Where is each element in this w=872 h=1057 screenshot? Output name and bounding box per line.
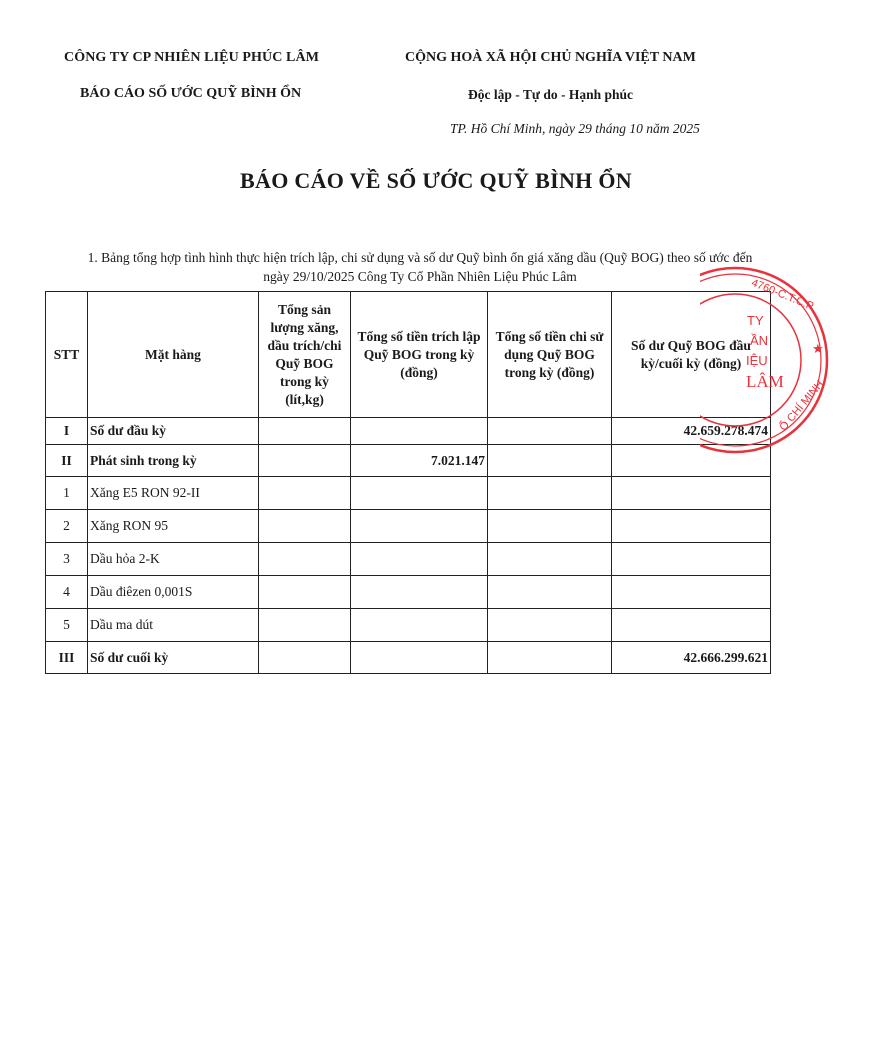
cell-balance bbox=[612, 609, 771, 642]
cell-allocated bbox=[351, 576, 488, 609]
cell-item-name: Dầu điêzen 0,001S bbox=[88, 576, 259, 609]
cell-used bbox=[488, 576, 612, 609]
cell-used bbox=[488, 642, 612, 674]
cell-balance: 42.666.299.621 bbox=[612, 642, 771, 674]
cell-allocated bbox=[351, 477, 488, 510]
cell-item-name: Dầu ma dút bbox=[88, 609, 259, 642]
cell-item-name: Số dư cuối kỳ bbox=[88, 642, 259, 674]
bog-fund-table: STT Mặt hàng Tổng sản lượng xăng, dầu tr… bbox=[45, 291, 771, 674]
intro-line-1: 1. Bảng tổng hợp tình hình thực hiện trí… bbox=[40, 248, 800, 267]
cell-stt: III bbox=[46, 642, 88, 674]
cell-stt: 1 bbox=[46, 477, 88, 510]
cell-volume bbox=[259, 445, 351, 477]
cell-allocated bbox=[351, 418, 488, 445]
cell-allocated bbox=[351, 543, 488, 576]
cell-used bbox=[488, 510, 612, 543]
cell-used bbox=[488, 418, 612, 445]
cell-stt: I bbox=[46, 418, 88, 445]
cell-balance bbox=[612, 576, 771, 609]
table-row: IIPhát sinh trong kỳ7.021.147 bbox=[46, 445, 771, 477]
table-row: IIISố dư cuối kỳ42.666.299.621 bbox=[46, 642, 771, 674]
table-row: 5Dầu ma dút bbox=[46, 609, 771, 642]
motto: Độc lập - Tự do - Hạnh phúc bbox=[468, 87, 633, 103]
cell-volume bbox=[259, 418, 351, 445]
document-subject: BÁO CÁO SỐ ƯỚC QUỸ BÌNH ỔN bbox=[80, 86, 301, 102]
cell-used bbox=[488, 609, 612, 642]
col-header-balance: Số dư Quỹ BOG đầu kỳ/cuối kỳ (đồng) bbox=[612, 292, 771, 418]
cell-balance bbox=[612, 543, 771, 576]
svg-text:Ố CHÍ MINH: Ố CHÍ MINH bbox=[776, 377, 826, 433]
cell-used bbox=[488, 477, 612, 510]
col-header-used: Tổng số tiền chi sử dụng Quỹ BOG trong k… bbox=[488, 292, 612, 418]
cell-stt: 4 bbox=[46, 576, 88, 609]
company-name: CÔNG TY CP NHIÊN LIỆU PHÚC LÂM bbox=[64, 50, 319, 66]
cell-item-name: Số dư đầu kỳ bbox=[88, 418, 259, 445]
cell-allocated: 7.021.147 bbox=[351, 445, 488, 477]
cell-stt: II bbox=[46, 445, 88, 477]
cell-balance: 42.659.278.474 bbox=[612, 418, 771, 445]
cell-item-name: Dầu hỏa 2-K bbox=[88, 543, 259, 576]
place-date: TP. Hồ Chí Minh, ngày 29 tháng 10 năm 20… bbox=[450, 121, 700, 137]
col-header-item: Mặt hàng bbox=[88, 292, 259, 418]
cell-allocated bbox=[351, 609, 488, 642]
cell-volume bbox=[259, 543, 351, 576]
table-row: 3Dầu hỏa 2-K bbox=[46, 543, 771, 576]
cell-balance bbox=[612, 477, 771, 510]
cell-volume bbox=[259, 576, 351, 609]
cell-volume bbox=[259, 477, 351, 510]
col-header-stt: STT bbox=[46, 292, 88, 418]
cell-balance bbox=[612, 445, 771, 477]
cell-volume bbox=[259, 510, 351, 543]
table-row: 2Xăng RON 95 bbox=[46, 510, 771, 543]
cell-item-name: Phát sinh trong kỳ bbox=[88, 445, 259, 477]
cell-balance bbox=[612, 510, 771, 543]
cell-stt: 3 bbox=[46, 543, 88, 576]
cell-stt: 5 bbox=[46, 609, 88, 642]
cell-used bbox=[488, 543, 612, 576]
cell-volume bbox=[259, 642, 351, 674]
table-header-row: STT Mặt hàng Tổng sản lượng xăng, dầu tr… bbox=[46, 292, 771, 418]
table-row: 1Xăng E5 RON 92-II bbox=[46, 477, 771, 510]
svg-text:★: ★ bbox=[812, 341, 824, 356]
cell-stt: 2 bbox=[46, 510, 88, 543]
intro-line-2: ngày 29/10/2025 Công Ty Cổ Phần Nhiên Li… bbox=[40, 267, 800, 286]
table-row: 4Dầu điêzen 0,001S bbox=[46, 576, 771, 609]
cell-volume bbox=[259, 609, 351, 642]
intro-paragraph: 1. Bảng tổng hợp tình hình thực hiện trí… bbox=[40, 248, 800, 286]
cell-used bbox=[488, 445, 612, 477]
col-header-allocated: Tổng số tiền trích lập Quỹ BOG trong kỳ … bbox=[351, 292, 488, 418]
report-title: BÁO CÁO VỀ SỐ ƯỚC QUỸ BÌNH ỔN bbox=[0, 168, 872, 194]
cell-item-name: Xăng RON 95 bbox=[88, 510, 259, 543]
col-header-volume: Tổng sản lượng xăng, dầu trích/chi Quỹ B… bbox=[259, 292, 351, 418]
cell-allocated bbox=[351, 510, 488, 543]
country-heading: CỘNG HOÀ XÃ HỘI CHỦ NGHĨA VIỆT NAM bbox=[405, 50, 696, 66]
cell-allocated bbox=[351, 642, 488, 674]
table-row: ISố dư đầu kỳ42.659.278.474 bbox=[46, 418, 771, 445]
cell-item-name: Xăng E5 RON 92-II bbox=[88, 477, 259, 510]
